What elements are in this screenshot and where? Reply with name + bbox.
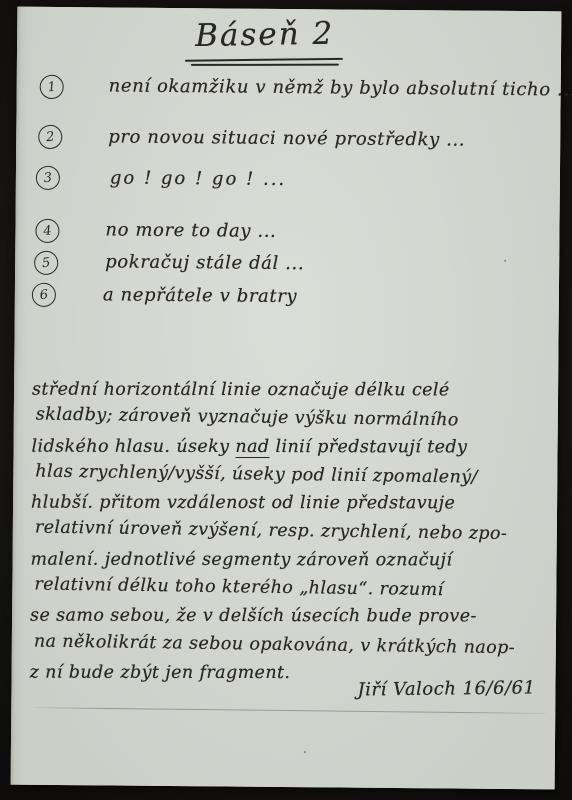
poem-line-text: a nepřátele v bratry [103, 284, 298, 307]
title-underline-stroke [185, 58, 343, 62]
poem-line-text: no more to day ... [105, 219, 276, 241]
paragraph-line-segment: lidského hlasu. úseky [32, 436, 236, 456]
paper-speck [304, 751, 306, 753]
circled-number-2: 2 [37, 124, 63, 150]
poem-line-text: pokračuj stále dál ... [105, 251, 304, 274]
circled-number-1: 1 [39, 74, 65, 100]
paragraph-line: hlas zrychlený/vyšší, úseky pod linií zp… [31, 461, 557, 497]
circled-number-6: 6 [31, 282, 57, 308]
instructions-paragraph: střední horizontální linie označuje délk… [29, 378, 558, 694]
poem-line-text: není okamžiku v němž by bylo absolutní t… [109, 75, 572, 100]
paper-crease-line [33, 707, 545, 714]
paragraph-line-segment: linií představují tedy [269, 437, 467, 457]
paragraph-line: relativní úroveň zvýšení, resp. zrychlen… [31, 518, 557, 554]
signature-and-date: Jiří Valoch 16/6/61 [357, 677, 535, 700]
paragraph-line: lidského hlasu. úseky nad linií představ… [32, 436, 558, 465]
poem-line-text: pro novou situaci nové prostředky ... [108, 126, 465, 150]
underlined-word: nad [235, 437, 269, 458]
paragraph-line: se samo sebou, že v delších úsecích bude… [30, 606, 556, 635]
circled-number-5: 5 [33, 250, 59, 276]
paragraph-line: střední horizontální linie označuje délk… [32, 380, 558, 409]
circled-number-4: 4 [34, 218, 60, 244]
title-underline [185, 56, 345, 69]
paragraph-line: skladby; zároveň vyznačuje výšku normáln… [32, 405, 558, 441]
circled-number-3: 3 [35, 165, 61, 191]
poem-line-text: go ! go ! go ! ... [110, 167, 286, 190]
paper-speck [504, 260, 506, 262]
title-underline-stroke [191, 64, 339, 66]
paragraph-line: malení. jednotlivé segmenty zároveň ozna… [31, 549, 557, 578]
manuscript-paper: Báseň 2 1 není okamžiku v němž by bylo a… [11, 7, 562, 790]
paragraph-line: na několikrát za sebou opakována, v krát… [30, 631, 556, 667]
page-title: Báseň 2 [195, 16, 335, 54]
